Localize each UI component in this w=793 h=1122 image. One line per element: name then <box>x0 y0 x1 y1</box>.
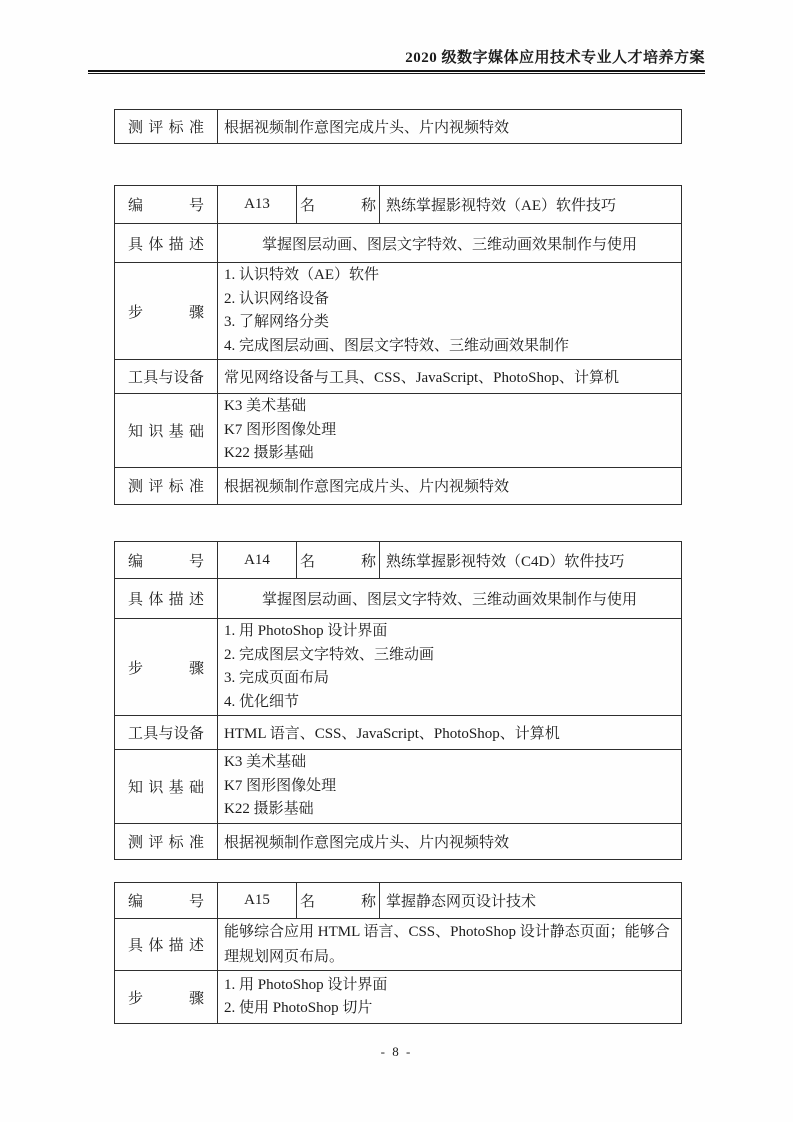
document-page: 2020 级数字媒体应用技术专业人才培养方案 测评标准 根据视频制作意图完成片头… <box>0 0 793 1122</box>
step-line: 1. 用 PhotoShop 设计界面 <box>224 620 675 644</box>
assessment-standard-table: 测评标准 根据视频制作意图完成片头、片内视频特效 <box>114 109 682 144</box>
row-label-cell: 具体描述 <box>115 919 218 971</box>
row-label: 具体描述 <box>128 934 204 955</box>
step-line: 2. 认识网络设备 <box>224 288 675 312</box>
knowledge-line: K3 美术基础 <box>224 395 675 419</box>
row-label-cell: 步骤 <box>115 971 218 1024</box>
row-label-cell: 测评标准 <box>115 823 218 859</box>
task-id: A15 <box>218 883 297 919</box>
knowledge-line: K3 美术基础 <box>224 751 675 775</box>
task-table-a13: 编号 A13 名称 熟练掌握影视特效（AE）软件技巧 具体描述 掌握图层动画、图… <box>114 185 682 505</box>
name-label: 名称 <box>300 890 376 911</box>
id-label: 编号 <box>128 890 204 911</box>
name-label: 名称 <box>300 194 376 215</box>
row-label-cell: 步骤 <box>115 263 218 360</box>
task-id: A14 <box>218 542 297 579</box>
row-label: 测评标准 <box>128 116 204 137</box>
row-label: 测评标准 <box>128 831 204 852</box>
row-value-cell: 能够综合应用 HTML 语言、CSS、PhotoShop 设计静态页面；能够合理… <box>218 919 682 971</box>
row-value-cell: 1. 认识特效（AE）软件 2. 认识网络设备 3. 了解网络分类 4. 完成图… <box>218 263 682 360</box>
knowledge-line: K7 图形图像处理 <box>224 419 675 443</box>
task-name: 掌握静态网页设计技术 <box>380 883 682 919</box>
knowledge-line: K22 摄影基础 <box>224 798 675 822</box>
id-label: 编号 <box>128 550 204 571</box>
row-label: 知识基础 <box>128 776 204 797</box>
row-label-cell: 测评标准 <box>115 110 218 144</box>
row-label: 知识基础 <box>128 420 204 441</box>
step-line: 1. 用 PhotoShop 设计界面 <box>224 974 675 998</box>
task-table-a14: 编号 A14 名称 熟练掌握影视特效（C4D）软件技巧 具体描述 掌握图层动画、… <box>114 541 682 860</box>
name-label-cell: 名称 <box>297 542 380 579</box>
step-line: 2. 使用 PhotoShop 切片 <box>224 997 675 1021</box>
document-header-title: 2020 级数字媒体应用技术专业人才培养方案 <box>88 46 705 67</box>
knowledge-line: K7 图形图像处理 <box>224 775 675 799</box>
row-value-cell: 1. 用 PhotoShop 设计界面 2. 使用 PhotoShop 切片 <box>218 971 682 1024</box>
row-label: 工具与设备 <box>128 366 204 387</box>
id-label-cell: 编号 <box>115 883 218 919</box>
name-label-cell: 名称 <box>297 186 380 224</box>
row-label-cell: 具体描述 <box>115 224 218 263</box>
task-table-a15: 编号 A15 名称 掌握静态网页设计技术 具体描述 能够综合应用 HTML 语言… <box>114 882 682 1024</box>
step-line: 3. 完成页面布局 <box>224 667 675 691</box>
task-name: 熟练掌握影视特效（C4D）软件技巧 <box>380 542 682 579</box>
step-line: 4. 优化细节 <box>224 691 675 715</box>
id-label-cell: 编号 <box>115 542 218 579</box>
row-label-cell: 知识基础 <box>115 394 218 468</box>
knowledge-line: K22 摄影基础 <box>224 442 675 466</box>
step-line: 2. 完成图层文字特效、三维动画 <box>224 644 675 668</box>
row-label: 工具与设备 <box>128 722 204 743</box>
id-label-cell: 编号 <box>115 186 218 224</box>
row-label-cell: 步骤 <box>115 619 218 716</box>
row-label-cell: 知识基础 <box>115 750 218 824</box>
row-label-cell: 具体描述 <box>115 579 218 619</box>
row-label: 具体描述 <box>128 233 204 254</box>
row-value-cell: K3 美术基础 K7 图形图像处理 K22 摄影基础 <box>218 750 682 824</box>
row-label: 步骤 <box>128 657 204 678</box>
row-value-cell: 常见网络设备与工具、CSS、JavaScript、PhotoShop、计算机 <box>218 360 682 394</box>
step-line: 3. 了解网络分类 <box>224 311 675 335</box>
row-label: 测评标准 <box>128 475 204 496</box>
task-id: A13 <box>218 186 297 224</box>
row-value-cell: 掌握图层动画、图层文字特效、三维动画效果制作与使用 <box>218 224 682 263</box>
row-label-cell: 工具与设备 <box>115 360 218 394</box>
row-value-cell: K3 美术基础 K7 图形图像处理 K22 摄影基础 <box>218 394 682 468</box>
row-value-cell: 1. 用 PhotoShop 设计界面 2. 完成图层文字特效、三维动画 3. … <box>218 619 682 716</box>
name-label: 名称 <box>300 550 376 571</box>
row-value-cell: 掌握图层动画、图层文字特效、三维动画效果制作与使用 <box>218 579 682 619</box>
row-value-cell: 根据视频制作意图完成片头、片内视频特效 <box>218 110 682 144</box>
id-label: 编号 <box>128 194 204 215</box>
name-label-cell: 名称 <box>297 883 380 919</box>
page-number: - 8 - <box>0 1044 793 1060</box>
row-value-cell: 根据视频制作意图完成片头、片内视频特效 <box>218 823 682 859</box>
row-label-cell: 测评标准 <box>115 467 218 504</box>
row-label: 步骤 <box>128 301 204 322</box>
task-name: 熟练掌握影视特效（AE）软件技巧 <box>380 186 682 224</box>
step-line: 4. 完成图层动画、图层文字特效、三维动画效果制作 <box>224 335 675 359</box>
row-label-cell: 工具与设备 <box>115 716 218 750</box>
row-value-cell: 根据视频制作意图完成片头、片内视频特效 <box>218 467 682 504</box>
step-line: 1. 认识特效（AE）软件 <box>224 264 675 288</box>
row-label: 步骤 <box>128 987 204 1008</box>
row-value-cell: HTML 语言、CSS、JavaScript、PhotoShop、计算机 <box>218 716 682 750</box>
header-double-rule <box>88 70 705 74</box>
row-label: 具体描述 <box>128 588 204 609</box>
